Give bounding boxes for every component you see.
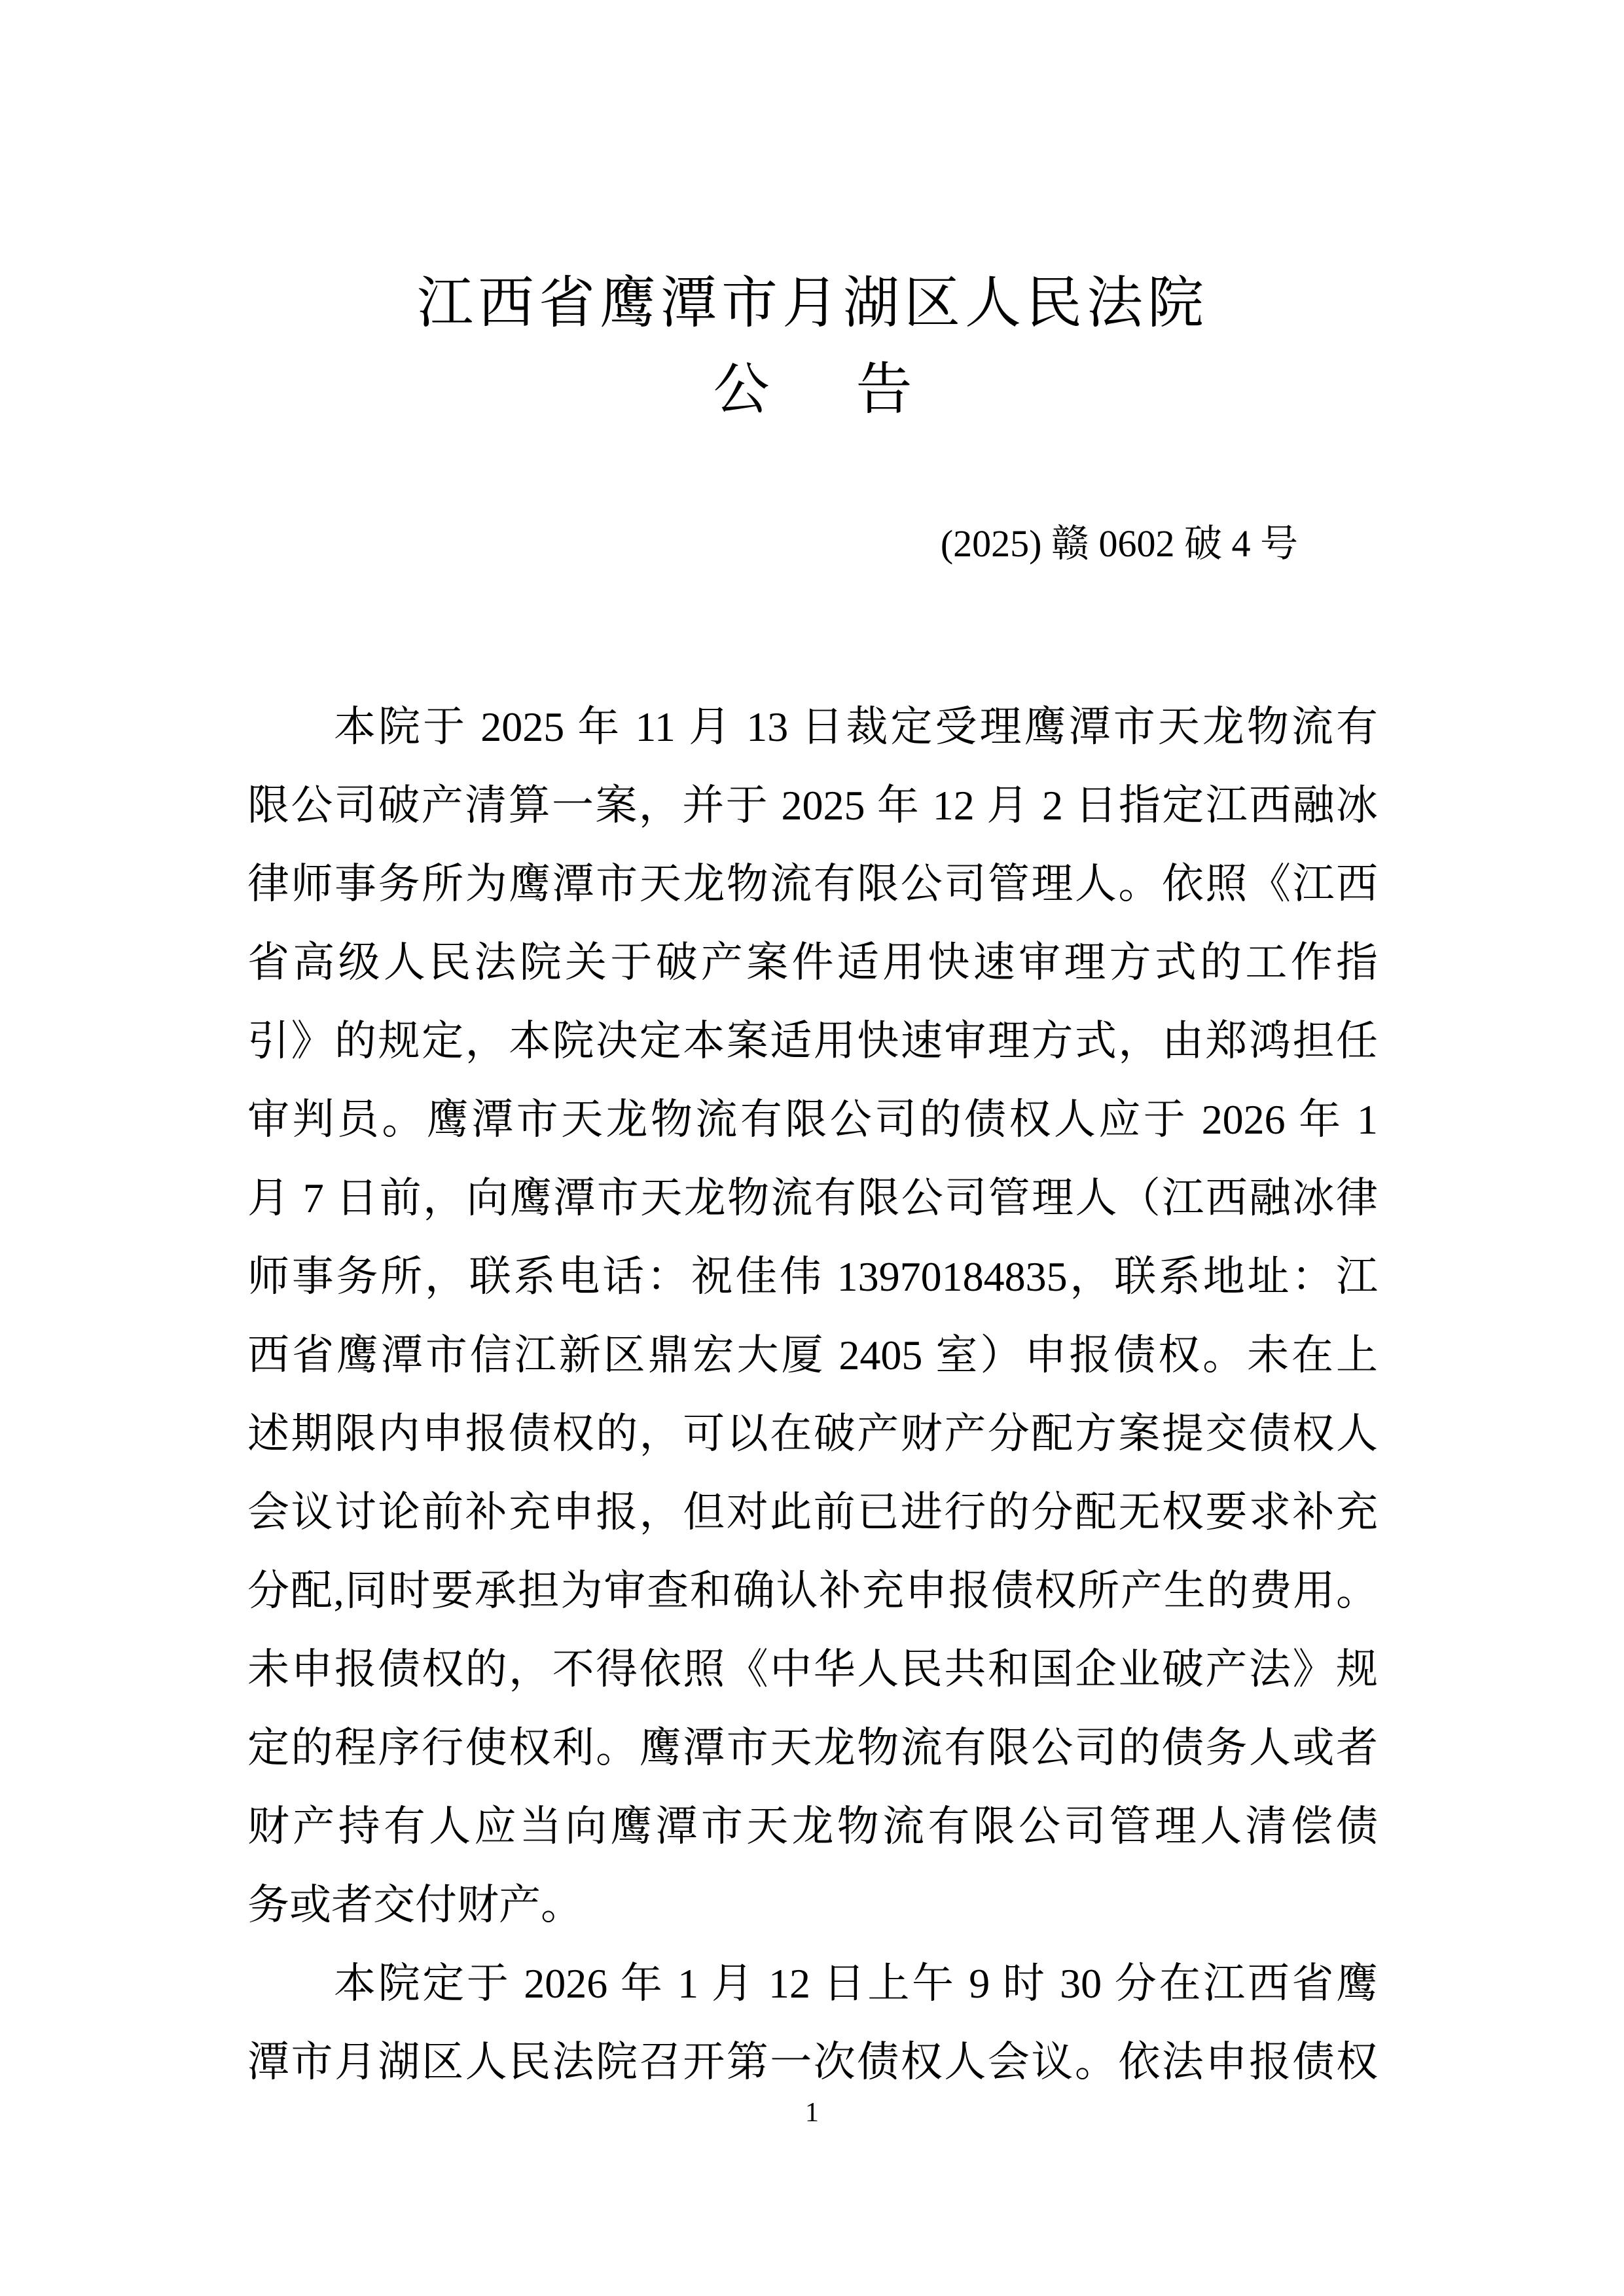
body-line: 月 7 日前，向鹰潭市天龙物流有限公司管理人（江西融冰律 — [247, 1159, 1378, 1238]
body-line: 本院于 2025 年 11 月 13 日裁定受理鹰潭市天龙物流有 — [247, 688, 1378, 766]
announcement-title: 公 告 — [247, 353, 1378, 425]
body-line: 未申报债权的，不得依照《中华人民共和国企业破产法》规 — [247, 1630, 1378, 1709]
body-line: 师事务所，联系电话：祝佳伟 13970184835，联系地址：江 — [247, 1238, 1378, 1316]
case-number: (2025) 赣 0602 破 4 号 — [247, 516, 1378, 572]
body-line: 限公司破产清算一案，并于 2025 年 12 月 2 日指定江西融冰 — [247, 766, 1378, 845]
body-line: 引》的规定，本院决定本案适用快速审理方式，由郑鸿担任 — [247, 1002, 1378, 1081]
body-line: 潭市月湖区人民法院召开第一次债权人会议。依法申报债权 — [247, 2023, 1378, 2102]
body-line: 财产持有人应当向鹰潭市天龙物流有限公司管理人清偿债 — [247, 1787, 1378, 1866]
body-line: 分配,同时要承担为审查和确认补充申报债权所产生的费用。 — [247, 1552, 1378, 1630]
body-line: 律师事务所为鹰潭市天龙物流有限公司管理人。依照《江西 — [247, 845, 1378, 924]
page-number: 1 — [0, 2093, 1624, 2132]
body-line: 本院定于 2026 年 1 月 12 日上午 9 时 30 分在江西省鹰 — [247, 1945, 1378, 2023]
announcement-char-gong: 公 — [713, 353, 770, 425]
body-line: 务或者交付财产。 — [247, 1866, 1378, 1945]
court-name-title: 江西省鹰潭市月湖区人民法院 — [247, 267, 1378, 339]
body-line: 定的程序行使权利。鹰潭市天龙物流有限公司的债务人或者 — [247, 1709, 1378, 1787]
body-line: 述期限内申报债权的，可以在破产财产分配方案提交债权人 — [247, 1395, 1378, 1473]
announcement-body: 本院于 2025 年 11 月 13 日裁定受理鹰潭市天龙物流有 限公司破产清算… — [247, 688, 1378, 2102]
body-line: 西省鹰潭市信江新区鼎宏大厦 2405 室）申报债权。未在上 — [247, 1316, 1378, 1395]
body-line: 审判员。鹰潭市天龙物流有限公司的债权人应于 2026 年 1 — [247, 1081, 1378, 1159]
body-line: 会议讨论前补充申报，但对此前已进行的分配无权要求补充 — [247, 1473, 1378, 1552]
document-page: 江西省鹰潭市月湖区人民法院 公 告 (2025) 赣 0602 破 4 号 本院… — [0, 0, 1624, 2296]
announcement-char-gao: 告 — [856, 353, 912, 425]
body-line: 省高级人民法院关于破产案件适用快速审理方式的工作指 — [247, 924, 1378, 1002]
